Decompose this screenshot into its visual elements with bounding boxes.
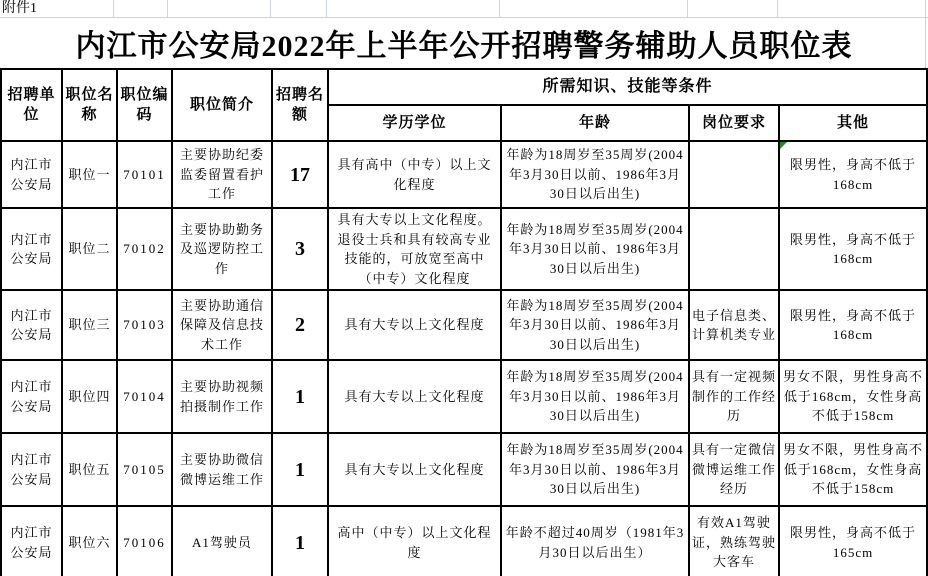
cell-unit: 内江市公安局 bbox=[1, 290, 62, 360]
cell-age: 年龄为18周岁至35周岁(2004年3月30日以前、1986年3月30日以后出生… bbox=[501, 141, 689, 208]
top-grid-strip: 附件1 bbox=[0, 0, 928, 18]
attachment-label: 附件1 bbox=[2, 1, 37, 17]
col-header-position-intro: 职位简介 bbox=[172, 69, 272, 141]
cell-position-intro: 主要协助微信微博运维工作 bbox=[172, 433, 272, 506]
table-row: 内江市公安局 职位一 70101 主要协助纪委监委留置看护工作 17 具有高中（… bbox=[1, 141, 927, 208]
cell-unit: 内江市公安局 bbox=[1, 141, 62, 208]
cell-position-intro: 主要协助纪委监委留置看护工作 bbox=[172, 141, 272, 208]
grid-line bbox=[777, 0, 778, 18]
spreadsheet-document: 附件1 内江市公安局2022年上半年公开招聘警务辅助人员职位表 招聘单位 职位名… bbox=[0, 0, 928, 576]
cell-unit: 内江市公安局 bbox=[1, 433, 62, 506]
job-position-table: 招聘单位 职位名称 职位编码 职位简介 招聘名额 所需知识、技能等条件 学历学位… bbox=[0, 68, 928, 576]
cell-position-name: 职位六 bbox=[62, 506, 117, 576]
cell-error-marker-icon bbox=[780, 142, 787, 149]
cell-quota: 1 bbox=[272, 360, 328, 433]
cell-position-intro: 主要协助通信保障及信息技术工作 bbox=[172, 290, 272, 360]
cell-education: 具有大专以上文化程度 bbox=[328, 290, 501, 360]
col-header-unit: 招聘单位 bbox=[1, 69, 62, 141]
grid-line bbox=[326, 0, 327, 18]
col-header-education: 学历学位 bbox=[328, 105, 501, 141]
cell-post-requirement: 电子信息类、计算机类专业 bbox=[689, 290, 779, 360]
cell-education: 具有高中（中专）以上文化程度 bbox=[328, 141, 501, 208]
cell-other: 限男性，身高不低于165cm bbox=[779, 506, 927, 576]
cell-quota: 3 bbox=[272, 208, 328, 290]
table-row: 内江市公安局 职位五 70105 主要协助微信微博运维工作 1 具有大专以上文化… bbox=[1, 433, 927, 506]
col-header-age: 年龄 bbox=[501, 105, 689, 141]
cell-age: 年龄为18周岁至35周岁(2004年3月30日以前、1986年3月30日以后出生… bbox=[501, 290, 689, 360]
col-header-other: 其他 bbox=[779, 105, 927, 141]
cell-position-name: 职位二 bbox=[62, 208, 117, 290]
cell-other-text: 限男性，身高不低于168cm bbox=[790, 157, 916, 192]
cell-other: 男女不限，男性身高不低于168cm，女性身高不低于158cm bbox=[779, 433, 927, 506]
cell-unit: 内江市公安局 bbox=[1, 208, 62, 290]
cell-quota: 17 bbox=[272, 141, 328, 208]
cell-post-requirement bbox=[689, 208, 779, 290]
cell-education: 具有大专以上文化程度 bbox=[328, 360, 501, 433]
cell-other: 男女不限，男性身高不低于168cm，女性身高不低于158cm bbox=[779, 360, 927, 433]
grid-line bbox=[270, 0, 271, 18]
col-header-position-code: 职位编码 bbox=[117, 69, 172, 141]
cell-age: 年龄为18周岁至35周岁(2004年3月30日以前、1986年3月30日以后出生… bbox=[501, 360, 689, 433]
col-header-requirements-group: 所需知识、技能等条件 bbox=[328, 69, 927, 105]
cell-quota: 1 bbox=[272, 506, 328, 576]
cell-unit: 内江市公安局 bbox=[1, 506, 62, 576]
cell-age: 年龄为18周岁至35周岁(2004年3月30日以前、1986年3月30日以后出生… bbox=[501, 208, 689, 290]
grid-line bbox=[687, 0, 688, 18]
cell-position-name: 职位四 bbox=[62, 360, 117, 433]
cell-position-code: 70105 bbox=[117, 433, 172, 506]
cell-position-intro: 主要协助勤务及巡逻防控工作 bbox=[172, 208, 272, 290]
grid-line bbox=[499, 0, 500, 18]
cell-other: 限男性，身高不低于168cm bbox=[779, 290, 927, 360]
table-row: 内江市公安局 职位二 70102 主要协助勤务及巡逻防控工作 3 具有大专以上文… bbox=[1, 208, 927, 290]
cell-position-code: 70104 bbox=[117, 360, 172, 433]
cell-position-code: 70106 bbox=[117, 506, 172, 576]
cell-age: 年龄为18周岁至35周岁(2004年3月30日以前、1986年3月30日以后出生… bbox=[501, 433, 689, 506]
cell-quota: 2 bbox=[272, 290, 328, 360]
cell-other: 限男性，身高不低于168cm bbox=[779, 208, 927, 290]
table-row: 内江市公安局 职位三 70103 主要协助通信保障及信息技术工作 2 具有大专以… bbox=[1, 290, 927, 360]
cell-position-name: 职位三 bbox=[62, 290, 117, 360]
cell-other: 限男性，身高不低于168cm bbox=[779, 141, 927, 208]
header-row-1: 招聘单位 职位名称 职位编码 职位简介 招聘名额 所需知识、技能等条件 bbox=[1, 69, 927, 105]
cell-post-requirement: 有效A1驾驶证，熟练驾驶大客车 bbox=[689, 506, 779, 576]
cell-education: 具有大专以上文化程度 bbox=[328, 433, 501, 506]
page-title: 内江市公安局2022年上半年公开招聘警务辅助人员职位表 bbox=[76, 21, 853, 65]
cell-post-requirement: 具有一定微信微博运维工作经历 bbox=[689, 433, 779, 506]
col-header-position-name: 职位名称 bbox=[62, 69, 117, 141]
cell-education: 具有大专以上文化程度。退役士兵和具有较高专业技能的，可放宽至高中（中专）文化程度 bbox=[328, 208, 501, 290]
cell-position-intro: 主要协助视频拍摄制作工作 bbox=[172, 360, 272, 433]
cell-unit: 内江市公安局 bbox=[1, 360, 62, 433]
cell-position-name: 职位一 bbox=[62, 141, 117, 208]
cell-education: 高中（中专）以上文化程度 bbox=[328, 506, 501, 576]
grid-line bbox=[167, 0, 168, 18]
cell-position-intro: A1驾驶员 bbox=[172, 506, 272, 576]
cell-position-code: 70103 bbox=[117, 290, 172, 360]
cell-quota: 1 bbox=[272, 433, 328, 506]
table-row: 内江市公安局 职位四 70104 主要协助视频拍摄制作工作 1 具有大专以上文化… bbox=[1, 360, 927, 433]
grid-line bbox=[113, 0, 114, 18]
cell-post-requirement bbox=[689, 141, 779, 208]
cell-position-code: 70101 bbox=[117, 141, 172, 208]
cell-age: 年龄不超过40周岁（1981年3月30日以后出生） bbox=[501, 506, 689, 576]
cell-post-requirement: 具有一定视频制作的工作经历 bbox=[689, 360, 779, 433]
cell-position-name: 职位五 bbox=[62, 433, 117, 506]
table-row: 内江市公安局 职位六 70106 A1驾驶员 1 高中（中专）以上文化程度 年龄… bbox=[1, 506, 927, 576]
title-bar: 内江市公安局2022年上半年公开招聘警务辅助人员职位表 bbox=[0, 18, 928, 68]
col-header-post-requirement: 岗位要求 bbox=[689, 105, 779, 141]
cell-position-code: 70102 bbox=[117, 208, 172, 290]
col-header-quota: 招聘名额 bbox=[272, 69, 328, 141]
